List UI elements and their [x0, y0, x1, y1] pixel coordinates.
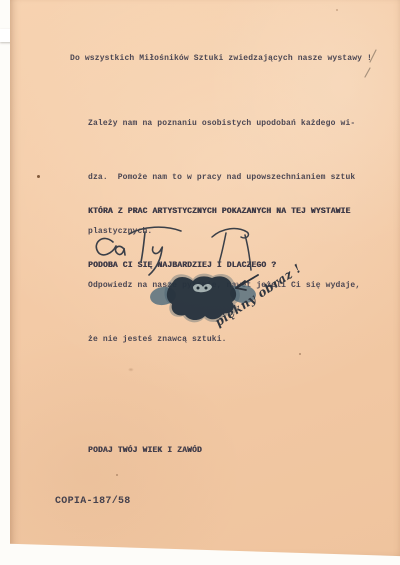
question-line: KTÓRA Z PRAC ARTYSTYCZNYCH POKAZANYCH NA… — [88, 203, 350, 221]
ink-blot-dot — [205, 287, 208, 290]
pencil-marks — [362, 46, 388, 82]
ink-blot-dot — [197, 287, 200, 290]
handwriting-word2 — [212, 229, 251, 270]
body-line: Zależy nam na poznaniu osobistych upodob… — [88, 115, 360, 133]
paper-speck — [116, 474, 118, 476]
handwriting-word1 — [96, 227, 181, 275]
paper-sheet: Do wszystkich Miłośników Sztuki zwiedzaj… — [10, 0, 400, 560]
paper-speck — [37, 175, 40, 178]
reference-number: COPIA-187/58 — [55, 493, 131, 511]
scanned-document: Do wszystkich Miłośników Sztuki zwiedzaj… — [0, 0, 400, 565]
salutation-line: Do wszystkich Miłośników Sztuki zwiedzaj… — [70, 50, 372, 68]
footer-prompt: PODAJ TWÓJ WIEK I ZAWÓD — [88, 442, 202, 460]
paper-speck — [336, 9, 338, 11]
paper-speck — [299, 353, 301, 355]
